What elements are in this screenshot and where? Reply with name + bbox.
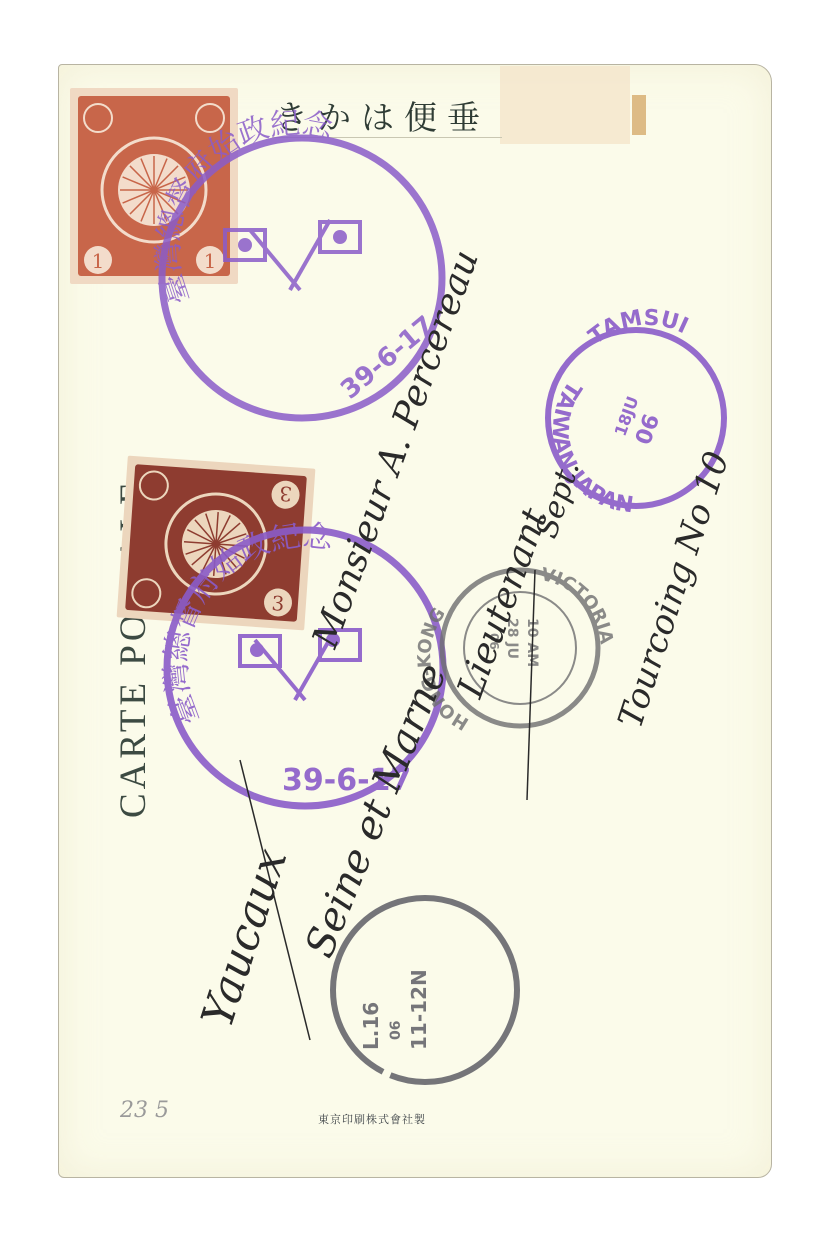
svg-text:TAMSUI: TAMSUI: [584, 306, 692, 350]
svg-text:06: 06: [388, 1021, 404, 1040]
svg-text:Sept.: Sept.: [529, 456, 587, 542]
pencil-note: 23 5: [120, 1098, 169, 1123]
svg-text:Seine et Marne: Seine et Marne: [297, 657, 456, 963]
svg-text:VICTORIA: VICTORIA: [539, 564, 617, 646]
svg-text:Monsieur A. Percereau: Monsieur A. Percereau: [305, 245, 487, 654]
svg-text:臺灣總督府始政紀念: 臺灣總督府始政紀念: [151, 106, 336, 309]
svg-text:Yaucaux: Yaucaux: [192, 842, 297, 1033]
printer-imprint: 東京印刷株式會社製: [318, 1111, 426, 1127]
postmarks-overlay: 臺灣總督府始政紀念 39-6-17 臺灣總督府始政紀念 39-6-17 TAMS…: [0, 0, 829, 1260]
commemorative-postmark-top: 臺灣總督府始政紀念 39-6-17: [151, 106, 442, 418]
svg-text:臺灣總督府始政紀念: 臺灣總督府始政紀念: [159, 519, 336, 730]
receiving-postmark: L.16 06 11-12N: [333, 898, 517, 1082]
svg-text:11-12N: 11-12N: [407, 969, 431, 1050]
underline-stroke: [527, 570, 535, 800]
svg-text:Tourcoing No 10: Tourcoing No 10: [611, 447, 738, 733]
svg-text:L.16: L.16: [359, 1002, 383, 1050]
